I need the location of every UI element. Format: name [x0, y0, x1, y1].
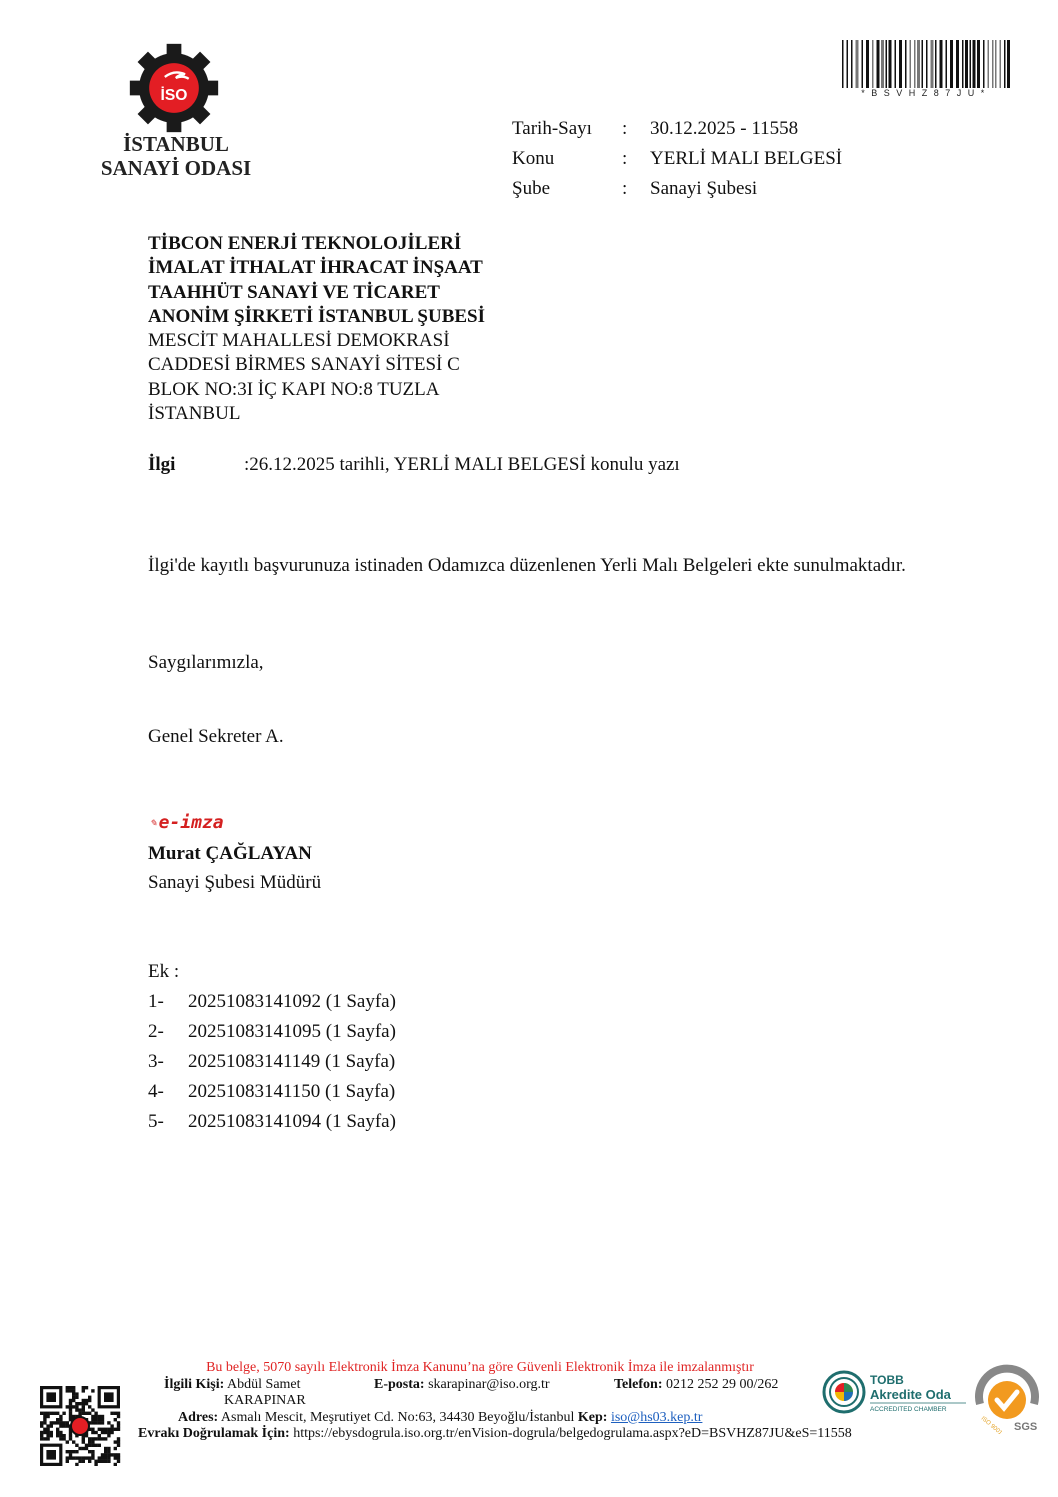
contact-value-2: KARAPINAR: [164, 1393, 306, 1408]
meta-sep: :: [622, 174, 650, 204]
attachment-number: 3-: [148, 1047, 188, 1077]
attachment-item: 2-20251083141095 (1 Sayfa): [148, 1017, 396, 1047]
attachment-number: 5-: [148, 1107, 188, 1137]
recipient-name-line: ANONİM ŞİRKETİ İSTANBUL ŞUBESİ: [148, 305, 485, 329]
e-signature-label: e-imza: [159, 812, 224, 833]
body-paragraph: İlgi'de kayıtlı başvurunuza istinaden Od…: [148, 553, 908, 578]
meta-sep: :: [622, 144, 650, 174]
address-label: Adres:: [178, 1410, 218, 1425]
barcode-label: *BSVHZ87JU*: [840, 88, 1012, 98]
svg-text:SGS: SGS: [1014, 1421, 1037, 1433]
signer-name: Murat ÇAĞLAYAN: [148, 843, 312, 865]
signer-role: Sanayi Şubesi Müdürü: [148, 872, 321, 894]
meta-row-branch: Şube : Sanayi Şubesi: [512, 174, 842, 204]
address-value: Asmalı Mescit, Meşrutiyet Cd. No:63, 344…: [221, 1410, 574, 1425]
attachment-text: 20251083141092 (1 Sayfa): [188, 987, 396, 1017]
attachment-number: 1-: [148, 987, 188, 1017]
meta-row-date-number: Tarih-Sayı : 30.12.2025 - 11558: [512, 114, 842, 144]
meta-value: YERLİ MALI BELGESİ: [650, 144, 842, 174]
contact-person: İlgili Kişi: Abdül Samet KARAPINAR: [150, 1377, 374, 1410]
phone-label: Telefon:: [614, 1377, 662, 1392]
closing-salutation: Saygılarımızla,: [148, 652, 264, 674]
kep-label: Kep:: [578, 1410, 608, 1425]
recipient-name-line: TİBCON ENERJİ TEKNOLOJİLERİ: [148, 232, 485, 256]
recipient-address-line: CADDESİ BİRMES SANAYİ SİTESİ C: [148, 353, 485, 377]
svg-text:Akredite Oda: Akredite Oda: [870, 1387, 952, 1402]
e-signature-notice: Bu belge, 5070 sayılı Elektronik İmza Ka…: [150, 1360, 810, 1377]
verify-url: https://ebysdogrula.iso.org.tr/enVision-…: [293, 1426, 852, 1441]
recipient-name-line: İMALAT İTHALAT İHRACAT İNŞAAT: [148, 256, 485, 280]
tobb-accredited-chamber-logo: TOBB Akredite Oda ACCREDITED CHAMBER: [822, 1366, 970, 1420]
document-barcode: [840, 40, 1012, 88]
recipient-address-line: MESCİT MAHALLESİ DEMOKRASİ: [148, 329, 485, 353]
sgs-iso-9001-badge: ISO 9001 SGS: [972, 1364, 1042, 1434]
recipient-address-line: İSTANBUL: [148, 402, 485, 426]
meta-key: Şube: [512, 174, 622, 204]
meta-value: 30.12.2025 - 11558: [650, 114, 798, 144]
meta-key: Konu: [512, 144, 622, 174]
svg-text:İSO: İSO: [161, 86, 188, 104]
attachment-item: 4-20251083141150 (1 Sayfa): [148, 1077, 396, 1107]
svg-text:TOBB: TOBB: [870, 1373, 904, 1387]
signer-title: Genel Sekreter A.: [148, 726, 284, 748]
verify-label: Evrakı Doğrulamak İçin:: [138, 1426, 290, 1441]
svg-text:ISO 9001: ISO 9001: [980, 1416, 1004, 1434]
attachment-item: 5-20251083141094 (1 Sayfa): [148, 1107, 396, 1137]
footer-contact-row: İlgili Kişi: Abdül Samet KARAPINAR E-pos…: [150, 1377, 810, 1410]
meta-row-subject: Konu : YERLİ MALI BELGESİ: [512, 144, 842, 174]
attachment-text: 20251083141150 (1 Sayfa): [188, 1077, 395, 1107]
meta-value: Sanayi Şubesi: [650, 174, 757, 204]
verification-qr-code: [40, 1386, 122, 1466]
pen-icon: ✎: [150, 816, 157, 829]
reference-label: İlgi: [148, 453, 244, 477]
email-value: skarapinar@iso.org.tr: [428, 1377, 550, 1392]
reference-line: İlgi :26.12.2025 tarihli, YERLİ MALI BEL…: [148, 453, 680, 477]
svg-text:ACCREDITED CHAMBER: ACCREDITED CHAMBER: [870, 1406, 947, 1413]
footer-address-row: Adres: Asmalı Mescit, Meşrutiyet Cd. No:…: [150, 1410, 810, 1427]
footer-verify-row: Evrakı Doğrulamak İçin: https://ebysdogr…: [138, 1426, 810, 1443]
attachments-list: Ek : 1-20251083141092 (1 Sayfa) 2-202510…: [148, 957, 396, 1137]
iso-logo: İSO: [128, 42, 220, 134]
attachments-label: Ek :: [148, 957, 396, 987]
attachment-number: 4-: [148, 1077, 188, 1107]
contact-email: E-posta: skarapinar@iso.org.tr: [374, 1377, 614, 1410]
attachment-text: 20251083141095 (1 Sayfa): [188, 1017, 396, 1047]
attachment-text: 20251083141094 (1 Sayfa): [188, 1107, 396, 1137]
footer: Bu belge, 5070 sayılı Elektronik İmza Ka…: [150, 1360, 810, 1443]
org-name-line-2: SANAYİ ODASI: [84, 156, 268, 180]
recipient-address-line: BLOK NO:3I İÇ KAPI NO:8 TUZLA: [148, 378, 485, 402]
organization-name: İSTANBUL SANAYİ ODASI: [84, 132, 268, 180]
org-name-line-1: İSTANBUL: [84, 132, 268, 156]
e-signature-mark: ✎ e-imza: [150, 812, 224, 833]
meta-sep: :: [622, 114, 650, 144]
attachment-item: 1-20251083141092 (1 Sayfa): [148, 987, 396, 1017]
reference-text: :26.12.2025 tarihli, YERLİ MALI BELGESİ …: [244, 453, 680, 477]
kep-link[interactable]: iso@hs03.kep.tr: [611, 1410, 702, 1425]
phone-value: 0212 252 29 00/262: [666, 1377, 778, 1392]
document-meta: Tarih-Sayı : 30.12.2025 - 11558 Konu : Y…: [512, 114, 842, 204]
contact-value: Abdül Samet: [227, 1377, 301, 1392]
contact-phone: Telefon: 0212 252 29 00/262: [614, 1377, 778, 1410]
email-label: E-posta:: [374, 1377, 425, 1392]
recipient-name-line: TAAHHÜT SANAYİ VE TİCARET: [148, 281, 485, 305]
meta-key: Tarih-Sayı: [512, 114, 622, 144]
attachment-item: 3-20251083141149 (1 Sayfa): [148, 1047, 396, 1077]
attachment-number: 2-: [148, 1017, 188, 1047]
attachment-text: 20251083141149 (1 Sayfa): [188, 1047, 395, 1077]
contact-label: İlgili Kişi:: [164, 1377, 224, 1392]
recipient-block: TİBCON ENERJİ TEKNOLOJİLERİ İMALAT İTHAL…: [148, 232, 485, 426]
